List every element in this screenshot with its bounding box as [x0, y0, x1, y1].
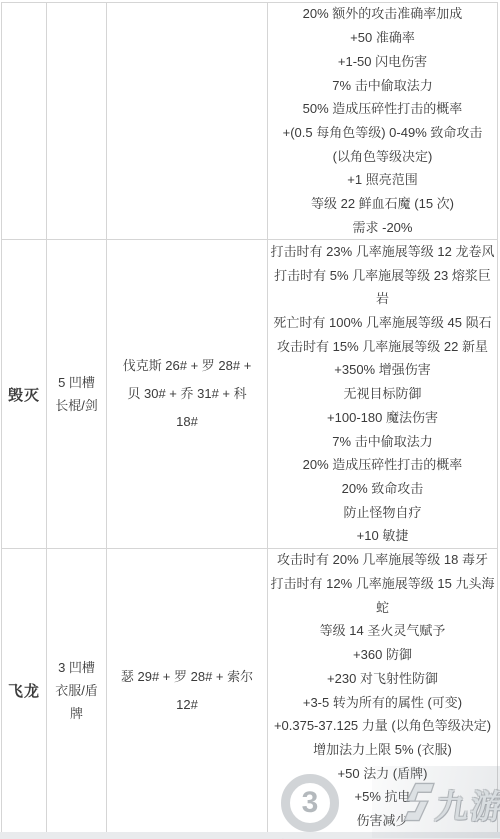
effect-line: +50 准确率 — [270, 26, 495, 50]
effect-line: 伤害减少 — [270, 809, 495, 833]
effects-cell: 攻击时有 20% 几率施展等级 18 毒牙打击时有 12% 几率施展等级 15 … — [268, 549, 498, 833]
effect-line: 7% 击中偷取法力 — [270, 430, 495, 454]
runeword-name-cell: 飞龙 — [2, 549, 47, 833]
effects-cell: 打击时有 23% 几率施展等级 12 龙卷风打击时有 5% 几率施展等级 23 … — [268, 240, 498, 549]
effect-line: 等级 14 圣火灵气赋予 — [270, 619, 495, 643]
effect-line: +50 法力 (盾牌) — [270, 762, 495, 786]
effect-line: 防止怪物自疗 — [270, 501, 495, 525]
effect-line: +360 防御 — [270, 643, 495, 667]
effect-line: +230 对飞射性防御 — [270, 667, 495, 691]
effect-line: +3-5 转为所有的属性 (可变) — [270, 691, 495, 715]
effect-line: 死亡时有 100% 几率施展等级 45 陨石 — [270, 311, 495, 335]
effect-line: 打击时有 12% 几率施展等级 15 九头海蛇 — [270, 572, 495, 619]
sockets-cell: 3 凹槽 衣服/盾牌 — [47, 549, 107, 833]
effect-line: 增加法力上限 5% (衣服) — [270, 738, 495, 762]
effect-line: +(0.5 每角色等级) 0-49% 致命攻击 — [270, 121, 495, 145]
effect-line: 7% 击中偷取法力 — [270, 74, 495, 98]
effect-line: (以角色等级决定) — [270, 145, 495, 169]
page: { "table": { "rows": [ { "name": "", "sl… — [0, 0, 500, 839]
effect-line: +350% 增强伤害 — [270, 358, 495, 382]
runes-cell — [107, 3, 268, 240]
effect-line: 等级 22 鲜血石魔 (15 次) — [270, 192, 495, 216]
effect-line: 攻击时有 15% 几率施展等级 22 新星 — [270, 335, 495, 359]
sockets-cell: 5 凹槽 长棍/剑 — [47, 240, 107, 549]
effect-line: 20% 额外的攻击准确率加成 — [270, 3, 495, 26]
effects-cell: 20% 额外的攻击准确率加成+50 准确率+1-50 闪电伤害7% 击中偷取法力… — [268, 3, 498, 240]
effect-line: 打击时有 5% 几率施展等级 23 熔浆巨岩 — [270, 264, 495, 311]
runeword-table: 20% 额外的攻击准确率加成+50 准确率+1-50 闪电伤害7% 击中偷取法力… — [1, 2, 498, 833]
sockets-cell — [47, 3, 107, 240]
effect-line: 攻击时有 20% 几率施展等级 18 毒牙 — [270, 549, 495, 572]
effect-line: 无视目标防御 — [270, 382, 495, 406]
effect-line: +100-180 魔法伤害 — [270, 406, 495, 430]
effect-line: 20% 致命攻击 — [270, 477, 495, 501]
effect-line: +0.375-37.125 力量 (以角色等级决定) — [270, 714, 495, 738]
effect-line: +1 照亮范围 — [270, 168, 495, 192]
effect-line: 打击时有 23% 几率施展等级 12 龙卷风 — [270, 240, 495, 264]
runes-cell: 伐克斯 26# + 罗 28# + 贝 30# + 乔 31# + 科 18# — [107, 240, 268, 549]
runeword-name-cell: 毁灭 — [2, 240, 47, 549]
page-bottom-strip — [0, 832, 500, 839]
effect-line: 50% 造成压碎性打击的概率 — [270, 97, 495, 121]
runeword-name-cell — [2, 3, 47, 240]
runes-cell: 瑟 29# + 罗 28# + 索尔 12# — [107, 549, 268, 833]
effect-line: +1-50 闪电伤害 — [270, 50, 495, 74]
effect-line: 20% 造成压碎性打击的概率 — [270, 453, 495, 477]
effect-line: +10 敏捷 — [270, 524, 495, 548]
effect-line: +5% 抗电 — [270, 785, 495, 809]
effect-line: 需求 -20% — [270, 216, 495, 240]
